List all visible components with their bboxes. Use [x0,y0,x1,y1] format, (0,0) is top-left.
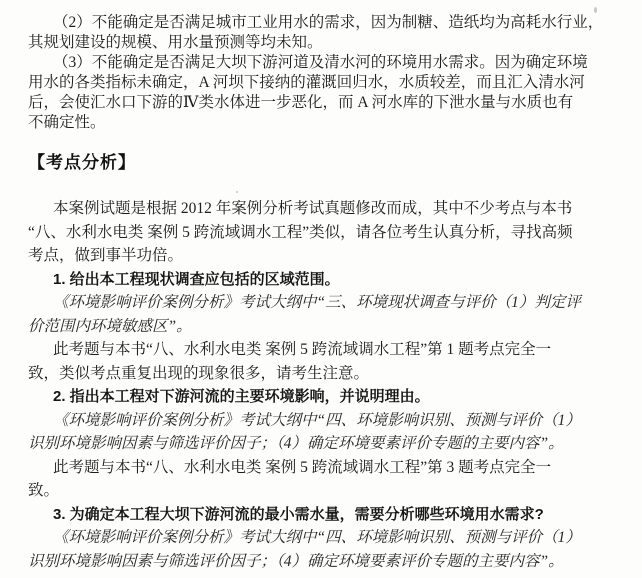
note-line: 此考题与本书“八、水利水电类 案例 5 跨流域调水工程”第 3 题考点完全一 [28,456,620,480]
answer-point-3-line: 用水的各类指标未确定，A 河坝下接纳的灌溉回归水，水质较差，而且汇入清水河 [28,73,620,93]
syllabus-ref-line: 价范围内环境敏感区”。 [28,315,620,339]
intro-line: 本案例试题是根据 2012 年案例分析考试真题修改而成，其中不少考点与本书 [28,197,620,221]
text-lines: （2）不能确定是否满足城市工业用水的需求，因为制糖、造纸均为高耗水行业，其规划建… [28,13,620,573]
answer-point-3-line: （3）不能确定是否满足大坝下游河道及清水河的环境用水需求。因为确定环境 [28,53,620,73]
document-page: （2）不能确定是否满足城市工业用水的需求，因为制糖、造纸均为高耗水行业，其规划建… [0,0,642,578]
answer-point-2-line: 其规划建设的规模、用水量预测等均未知。 [28,33,620,53]
intro-line: “八、水利水电类 案例 5 跨流域调水工程”类似，请各位考生认真分析，寻找高频 [28,221,620,245]
syllabus-ref-line: 识别环境影响因素与筛选评价因子；（4）确定环境要素评价专题的主要内容”。 [28,550,620,574]
note-line: 此考题与本书“八、水利水电类 案例 5 跨流域调水工程”第 1 题考点完全一 [28,338,620,362]
answer-point-3-line: 不确定性。 [28,113,620,133]
intro-line: 考点，做到事半功倍。 [28,244,620,268]
syllabus-ref-line: 《环境影响评价案例分析》考试大纲中“四、环境影响识别、预测与评价（1） [28,409,620,433]
note-line: 致。 [28,479,620,503]
question-3: 3. 为确定本工程大坝下游河流的最小需水量，需要分析哪些环境用水需求? [28,503,620,527]
answer-point-3-line: 后，会使汇水口下游的Ⅳ类水体进一步恶化，而 A 河水库的下泄水量与水质也有 [28,93,620,113]
answer-point-2-line: （2）不能确定是否满足城市工业用水的需求，因为制糖、造纸均为高耗水行业， [28,13,620,33]
question-2: 2. 指出本工程对下游河流的主要环境影响，并说明理由。 [28,385,620,409]
question-1: 1. 给出本工程现状调查应包括的区域范围。 [28,268,620,292]
note-line: 致，类似考点重复出现的现象很多，请考生注意。 [28,362,620,386]
syllabus-ref-line: 识别环境影响因素与筛选评价因子；（4）确定环境要素评价专题的主要内容”。 [28,432,620,456]
scan-speck [236,191,238,193]
syllabus-ref-line: 《环境影响评价案例分析》考试大纲中“四、环境影响识别、预测与评价（1） [28,526,620,550]
scan-speck [594,7,597,13]
section-heading: 【考点分析】 [28,151,620,175]
syllabus-ref-line: 《环境影响评价案例分析》考试大纲中“三、环境现状调查与评价（1）判定评 [28,291,620,315]
